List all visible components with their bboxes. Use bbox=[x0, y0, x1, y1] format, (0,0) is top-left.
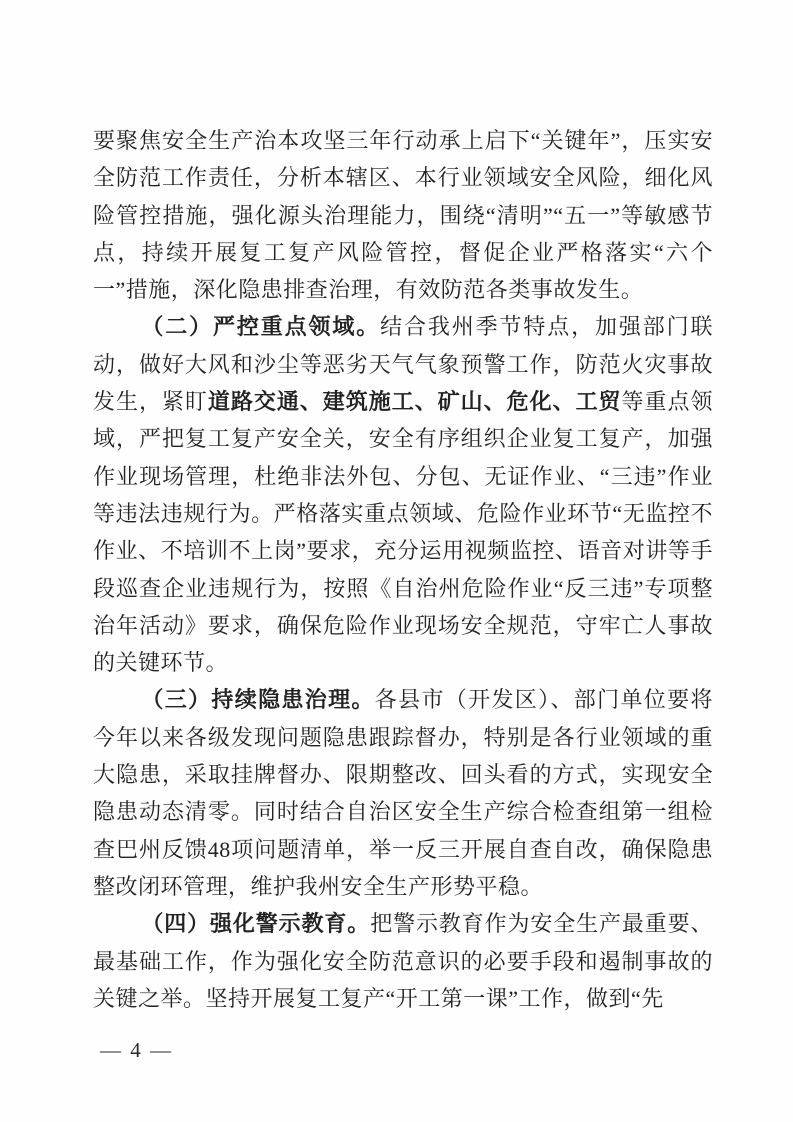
document-body: 要聚焦安全生产治本攻坚三年行动承上启下“关键年”，压实安全防范工作责任，分析本辖… bbox=[93, 122, 713, 1017]
paragraph-section-3: （三）持续隐患治理。各县市（开发区）、部门单位要将今年以来各级发现问题隐患跟踪督… bbox=[93, 681, 713, 905]
page-number: — 4 — bbox=[100, 1038, 173, 1063]
paragraph-section-2: （二）严控重点领域。结合我州季节特点，加强部门联动，做好大风和沙尘等恶劣天气气象… bbox=[93, 308, 713, 681]
document-page: 要聚焦安全生产治本攻坚三年行动承上启下“关键年”，压实安全防范工作责任，分析本辖… bbox=[0, 0, 793, 1122]
section-4-title: （四）强化警示教育。 bbox=[141, 911, 370, 936]
paragraph-continuation: 要聚焦安全生产治本攻坚三年行动承上启下“关键年”，压实安全防范工作责任，分析本辖… bbox=[93, 122, 713, 308]
paragraph-section-4: （四）强化警示教育。把警示教育作为安全生产最重要、最基础工作，作为强化安全防范意… bbox=[93, 905, 713, 1017]
body-run: 等重点领域，严把复工复产安全关，安全有序组织企业复工复产，加强作业现场管理，杜绝… bbox=[93, 389, 713, 675]
section-3-title: （三）持续隐患治理。 bbox=[141, 687, 374, 712]
emphasized-key-sectors: 道路交通、建筑施工、矿山、危化、工贸 bbox=[208, 389, 622, 414]
body-run: 要聚焦安全生产治本攻坚三年行动承上启下“关键年”，压实安全防范工作责任，分析本辖… bbox=[93, 128, 713, 302]
body-run: 各县市（开发区）、部门单位要将今年以来各级发现问题隐患跟踪督办，特别是各行业领域… bbox=[93, 687, 713, 898]
section-2-title: （二）严控重点领域。 bbox=[141, 314, 380, 339]
